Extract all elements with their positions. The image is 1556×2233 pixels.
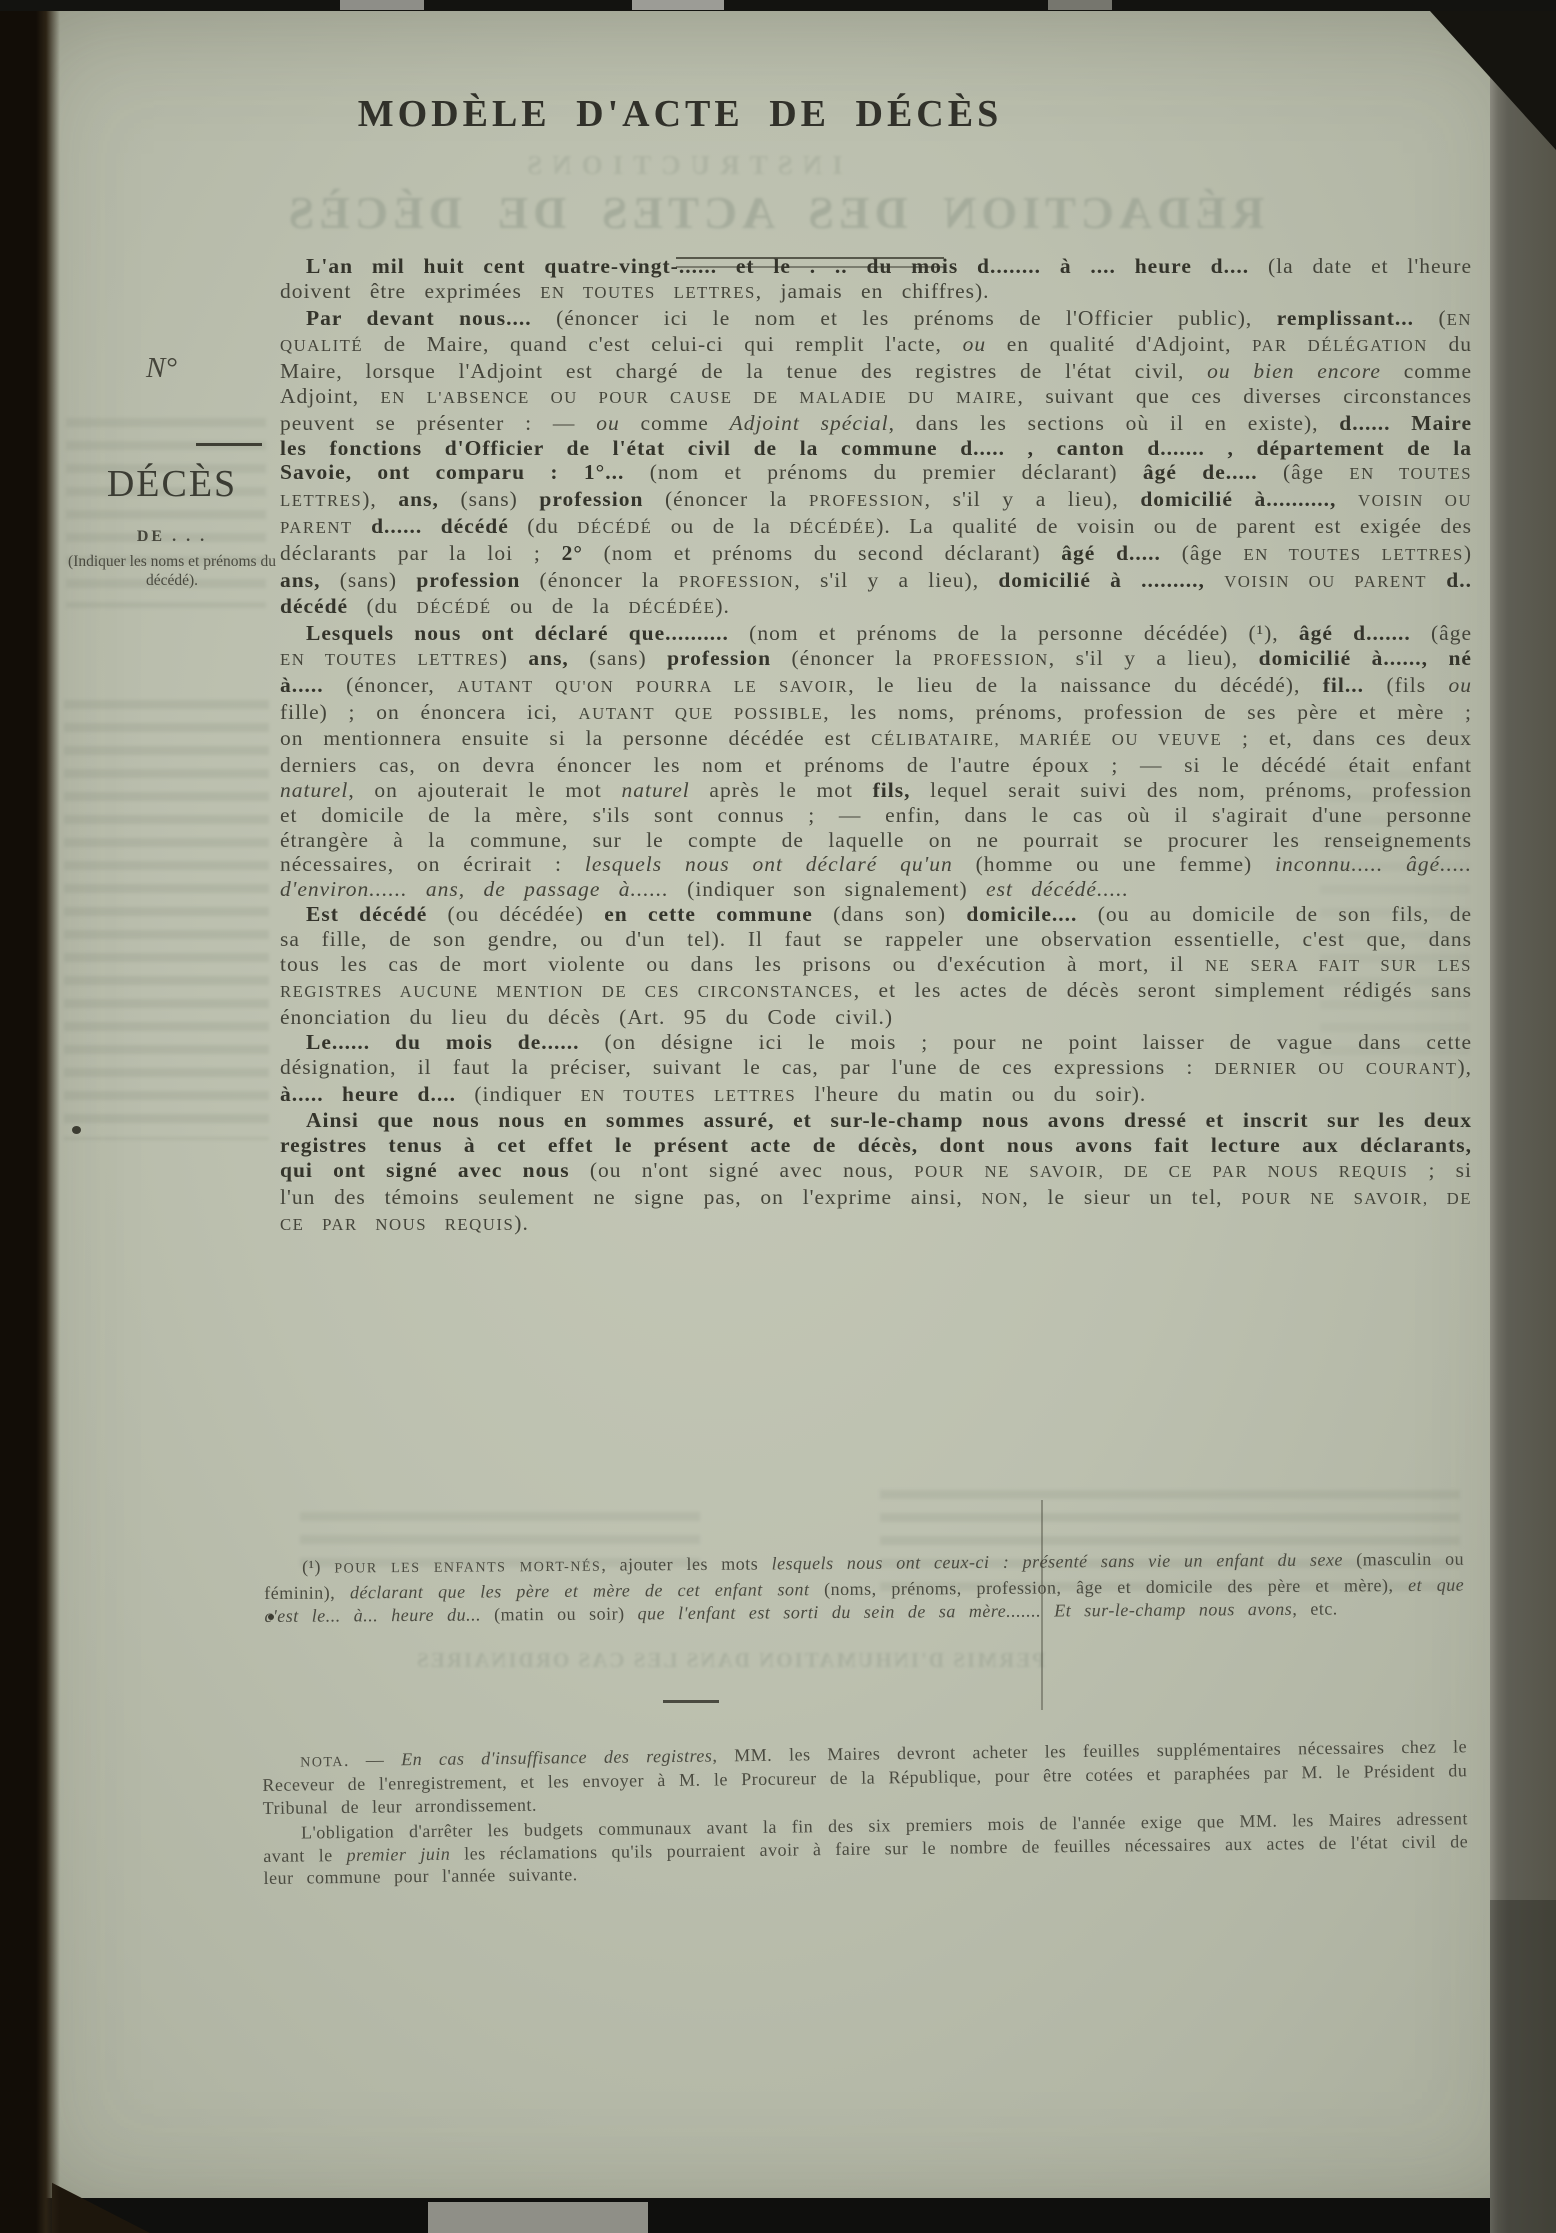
margin-act-number-label: N°	[146, 352, 177, 385]
margin-instruction-note: (Indiquer les noms et prénoms du décédé)…	[56, 552, 288, 590]
body-text: L'an mil huit cent quatre-vingt-...... e…	[280, 254, 1472, 1238]
paragraph-est-decede: Est décédé (ou décédée) en cette commune…	[280, 902, 1472, 1030]
margin-rule	[196, 443, 262, 446]
scan-bottom-notch	[428, 2202, 648, 2233]
paragraph-le-du-mois: Le...... du mois de...... (on désigne ic…	[280, 1030, 1472, 1108]
margin-subheading-de: DE . . .	[62, 528, 282, 546]
bleedthrough-redaction-heading: RÉDACTION DES ACTES DE DÉCÈS	[268, 186, 1280, 239]
nota-block: NOTA. — En cas d'insuffisance des regist…	[262, 1735, 1469, 1892]
bleedthrough-instructions-heading: INSTRUCTIONS	[280, 150, 1080, 181]
footnote-separator-rule	[663, 1700, 719, 1703]
nota-paragraph-registres: NOTA. — En cas d'insuffisance des regist…	[262, 1735, 1468, 1819]
bleedthrough-smudge	[64, 700, 269, 1140]
bleedthrough-permis-heading: PERMIS D'INHUMATION DANS LES CAS ORDINAI…	[280, 1648, 1180, 1673]
paragraph-lesquels-declare: Lesquels nous ont déclaré que.......... …	[280, 621, 1472, 902]
scan-top-notch	[1048, 0, 1112, 10]
margin-heading-deces: DÉCÈS	[62, 462, 282, 506]
paragraph-par-devant-nous: Par devant nous.... (énoncer ici le nom …	[280, 306, 1472, 622]
footnote-text: (¹) POUR LES ENFANTS MORT-NÉS, ajouter l…	[264, 1548, 1464, 1629]
scan-edge-top	[0, 0, 1556, 11]
ink-speck	[72, 1126, 81, 1134]
ink-speck	[268, 1614, 274, 1620]
nota-paragraph-budgets: L'obligation d'arrêter les budgets commu…	[263, 1807, 1469, 1889]
paper-crease	[1041, 1500, 1043, 1710]
paragraph-date-heure: L'an mil huit cent quatre-vingt-...... e…	[280, 254, 1472, 306]
scan-top-notch	[632, 0, 724, 10]
paragraph-ainsi-assure: Ainsi que nous nous en sommes assuré, et…	[280, 1108, 1472, 1238]
page-title: MODÈLE D'ACTE DE DÉCÈS	[280, 92, 1080, 136]
scan-top-notch	[340, 0, 424, 10]
scan-edge-bottom	[0, 2198, 1556, 2233]
footnote-enfants-mort-nes: (¹) POUR LES ENFANTS MORT-NÉS, ajouter l…	[264, 1548, 1464, 1629]
scan-edge-right	[1490, 0, 1556, 2233]
scan-edge-left	[0, 0, 60, 2233]
scan-edge-right-shade	[1490, 1900, 1556, 2233]
document-scan: INSTRUCTIONS RÉDACTION DES ACTES DE DÉCÈ…	[0, 0, 1556, 2233]
